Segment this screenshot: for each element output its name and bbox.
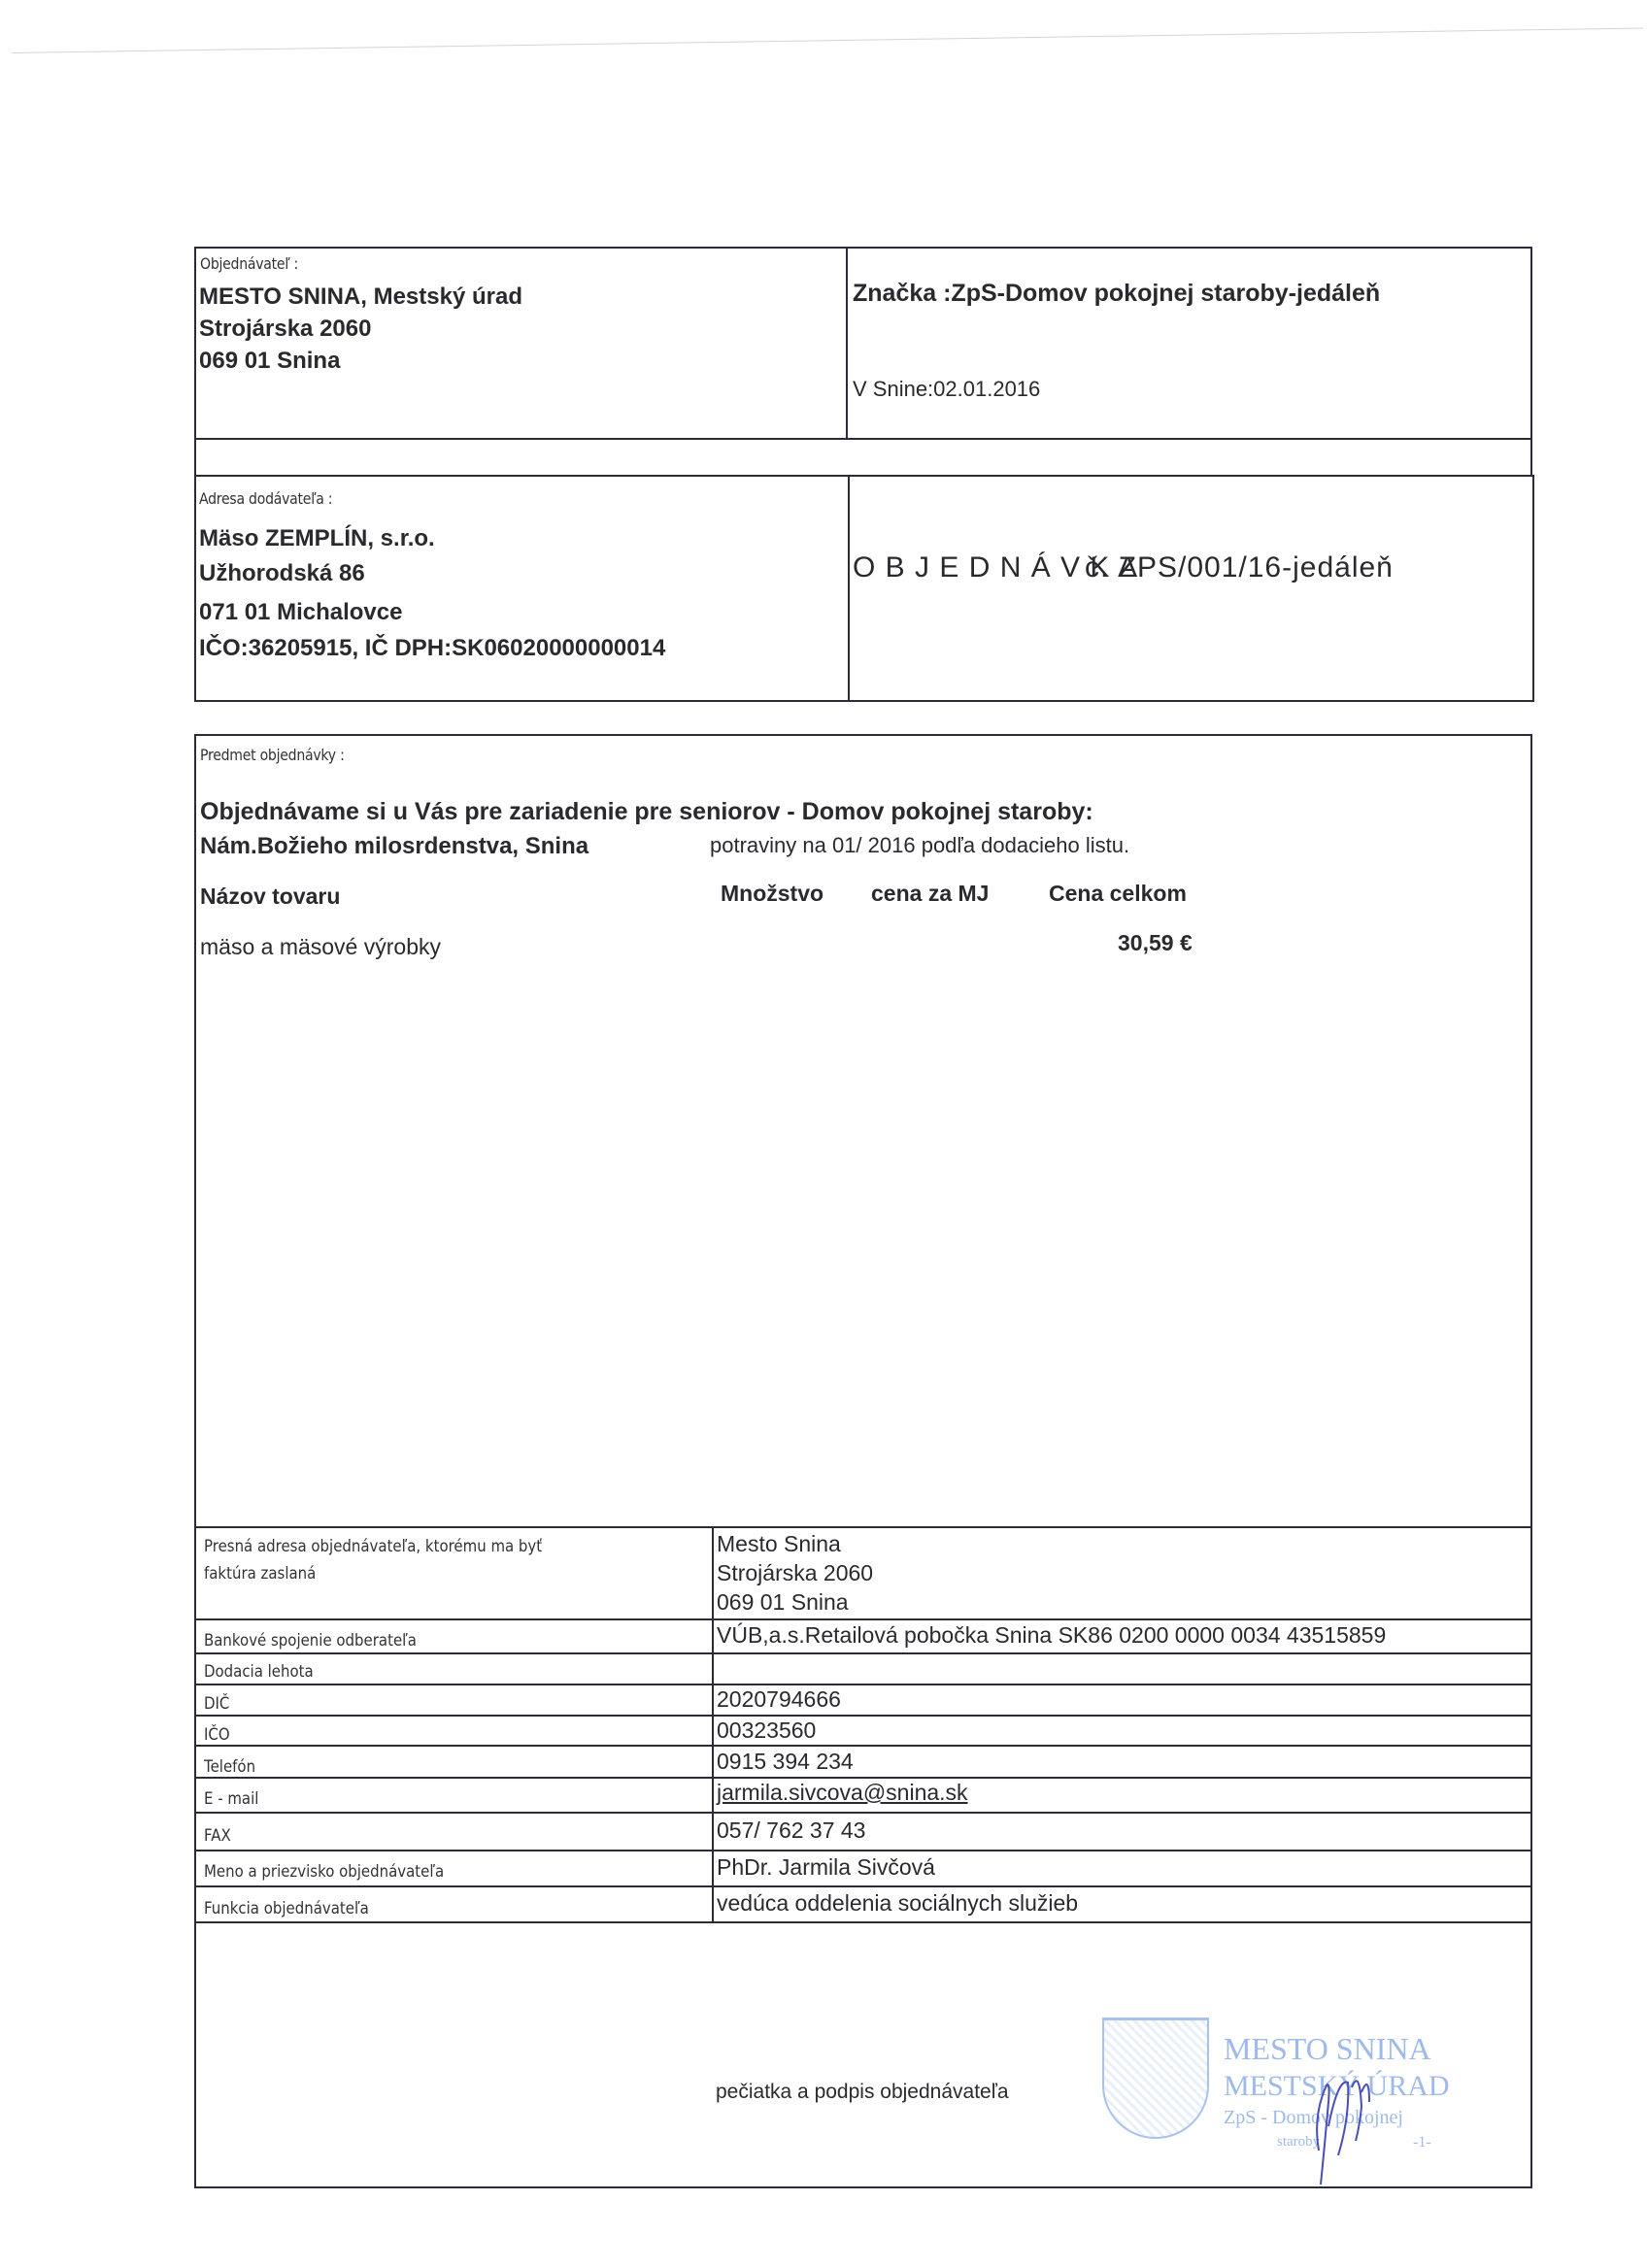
email-label: E - mail [204, 1789, 258, 1809]
email-link[interactable]: jarmila.sivcova@snina.sk [717, 1780, 968, 1806]
invoice-address-label-1: Presná adresa objednávateľa, ktorému ma … [204, 1537, 542, 1556]
reference-date: V Snine:02.01.2016 [853, 377, 1040, 402]
dic-label: DIČ [204, 1694, 229, 1714]
supplier-city: 071 01 Michalovce [199, 599, 402, 626]
orderer-person-value: PhDr. Jarmila Sivčová [717, 1854, 935, 1881]
row-divider [196, 1745, 1532, 1747]
item-total: 30,59 € [1118, 930, 1193, 956]
supplier-street: Užhorodská 86 [199, 560, 365, 587]
order-number: č. ZPS/001/16-jedáleň [1085, 551, 1394, 584]
dic-value: 2020794666 [717, 1686, 841, 1713]
supplier-divider [848, 475, 850, 702]
column-total: Cena celkom [1049, 881, 1187, 907]
item-name: mäso a mäsové výrobky [200, 934, 441, 960]
row-divider [196, 1715, 1532, 1717]
invoice-address-value-3: 069 01 Snina [717, 1589, 849, 1616]
ico-value: 00323560 [717, 1718, 816, 1744]
function-label: Funkcia objednávateľa [204, 1899, 369, 1918]
handwritten-signature [1292, 2049, 1398, 2194]
row-divider [196, 1777, 1532, 1779]
supplier-ids: IČO:36205915, IČ DPH:SK06020000000014 [199, 635, 665, 662]
row-divider [196, 1885, 1532, 1887]
column-unit-price: cena za MJ [871, 881, 989, 907]
supplier-name: Mäso ZEMPLÍN, s.r.o. [199, 525, 435, 552]
subject-note: potraviny na 01/ 2016 podľa dodacieho li… [710, 833, 1129, 858]
details-divider [712, 1526, 714, 1922]
invoice-address-value-1: Mesto Snina [717, 1531, 841, 1557]
stamp-number: -1- [1413, 2134, 1431, 2151]
invoice-address-value-2: Strojárska 2060 [717, 1560, 873, 1586]
ico-label: IČO [204, 1725, 230, 1745]
orderer-label: Objednávateľ : [200, 254, 298, 273]
delivery-label: Dodacia lehota [204, 1662, 314, 1682]
orderer-street: Strojárska 2060 [199, 316, 371, 343]
invoice-address-label-2: faktúra zaslaná [204, 1564, 316, 1584]
bank-value: VÚB,a.s.Retailová pobočka Snina SK86 020… [717, 1622, 1386, 1649]
fax-value: 057/ 762 37 43 [717, 1818, 865, 1844]
reference-mark: Značka :ZpS-Domov pokojnej staroby-jedál… [853, 280, 1380, 308]
fax-label: FAX [204, 1826, 231, 1846]
row-divider [196, 1850, 1532, 1851]
coat-of-arms-icon [1102, 2018, 1209, 2139]
subject-line1: Objednávame si u Vás pre zariadenie pre … [200, 798, 1093, 826]
supplier-block [194, 475, 1534, 702]
orderer-name: MESTO SNINA, Mestský úrad [199, 283, 522, 311]
function-value: vedúca oddelenia sociálnych služieb [717, 1890, 1078, 1917]
column-quantity: Množstvo [721, 881, 823, 907]
orderer-person-label: Meno a priezvisko objednávateľa [204, 1862, 444, 1882]
details-top-border [196, 1526, 1532, 1528]
row-divider [196, 1812, 1532, 1814]
subject-location: Nám.Božieho milosrdenstva, Snina [200, 833, 588, 860]
scan-edge-line [12, 27, 1643, 53]
row-divider [196, 1684, 1532, 1685]
bank-label: Bankové spojenie odberateľa [204, 1631, 417, 1651]
orderer-block [194, 247, 1532, 440]
column-name: Názov tovaru [200, 884, 340, 910]
phone-value: 0915 394 234 [717, 1749, 854, 1775]
header-divider [846, 247, 848, 440]
spacer-row [194, 438, 1532, 477]
phone-label: Telefón [204, 1757, 255, 1777]
orderer-city: 069 01 Snina [199, 348, 340, 375]
row-divider [196, 1618, 1532, 1620]
details-bottom-border [196, 1921, 1532, 1923]
official-stamp: MESTO SNINA MESTSKÝ ÚRAD ZpS - Domov pok… [1102, 2018, 1452, 2163]
signature-label: pečiatka a podpis objednávateľa [716, 2081, 1009, 2104]
row-divider [196, 1652, 1532, 1654]
subject-label: Predmet objednávky : [200, 746, 345, 764]
supplier-label: Adresa dodávateľa : [199, 489, 332, 508]
